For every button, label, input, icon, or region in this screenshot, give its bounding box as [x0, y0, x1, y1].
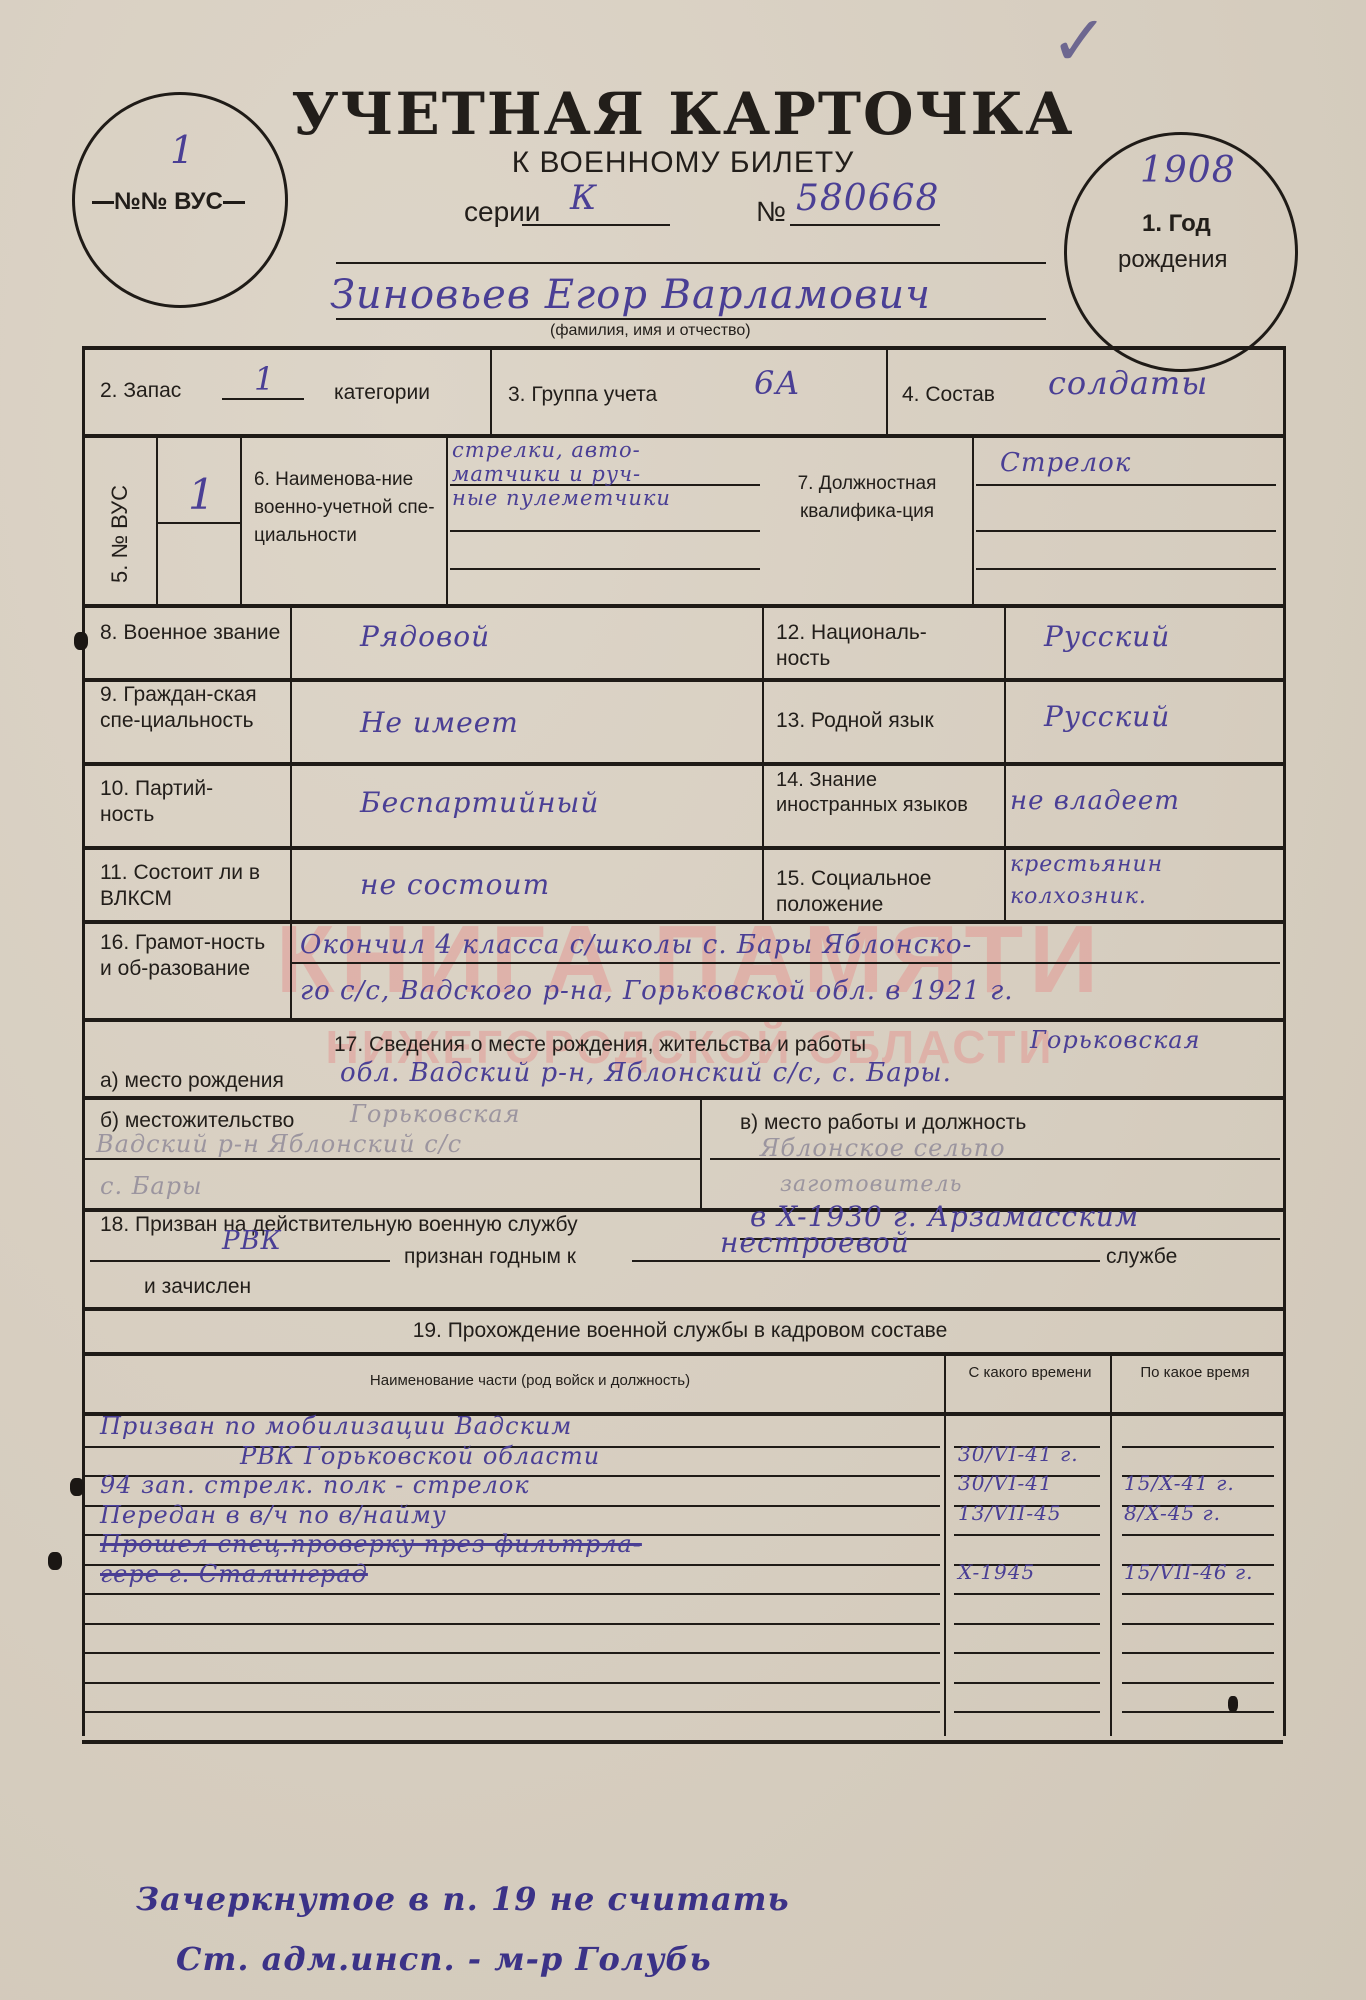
- specialty-line-3: ные пулеметчики: [452, 486, 671, 510]
- service-row-unit: Передан в в/ч по в/найму: [100, 1501, 447, 1529]
- field-party-label: 10. Партий-ность: [100, 776, 250, 828]
- field-nationality-value: Русский: [1044, 620, 1170, 653]
- service-row-from: 13/VII-45: [958, 1501, 1062, 1525]
- group-value: 6А: [754, 364, 801, 402]
- field-native-language-value: Русский: [1044, 700, 1170, 733]
- education-line-1: Окончил 4 класса с/школы с. Бары Яблонск…: [300, 930, 972, 960]
- service-row-unit: 94 зап. стрелк. полк - стрелок: [100, 1471, 530, 1499]
- fit-for-label: признан годным к: [404, 1244, 576, 1270]
- number-label: №: [756, 196, 786, 228]
- reserve-suffix: категории: [334, 380, 430, 406]
- punch-hole: [70, 1478, 84, 1496]
- field-rank-label: 8. Военное звание: [100, 620, 284, 646]
- check-mark: ✓: [1050, 0, 1110, 82]
- field-nationality-label: 12. Националь-ность: [776, 620, 976, 672]
- footer-note-line-1: Зачеркнутое в п. 19 не считать: [136, 1880, 790, 1918]
- service-col-from: С какого времени: [960, 1364, 1100, 1382]
- education-label: 16. Грамот-ность и об-разование: [100, 930, 276, 982]
- service-row-unit: РВК Горьковской области: [240, 1442, 600, 1470]
- service-row-unit: Прошел спец.проверку през фильтрла-: [100, 1530, 642, 1558]
- field-civil-specialty-label: 9. Граждан-ская спе-циальность: [100, 682, 288, 734]
- field-komsomol-label: 11. Состоит ли в ВЛКСМ: [100, 860, 290, 912]
- birthplace-section-title: 17. Сведения о месте рождения, жительств…: [334, 1032, 866, 1058]
- workplace-line-1: Яблонское сельпо: [760, 1134, 1006, 1162]
- punch-hole: [48, 1552, 62, 1570]
- service-row-from: 30/VI-41: [958, 1471, 1053, 1495]
- punch-hole: [74, 632, 88, 650]
- service-row-to: 15/X-41 г.: [1124, 1471, 1235, 1495]
- residence-line-1: Горьковская: [350, 1100, 521, 1128]
- qualification-label: 7. Должностная квалифика-ция: [764, 470, 970, 526]
- field-native-language-label: 13. Родной язык: [776, 708, 996, 734]
- service-row-to: 15/VII-46 г.: [1124, 1560, 1253, 1584]
- service-row-from: 30/VI-41 г.: [958, 1442, 1079, 1466]
- qualification-value: Стрелок: [1000, 448, 1131, 478]
- document-subtitle: К ВОЕННОМУ БИЛЕТУ: [0, 146, 1366, 180]
- birthplace-a-line-1: Горьковская: [1030, 1026, 1201, 1054]
- staff-label: 4. Состав: [902, 382, 995, 408]
- vus-number-value: 1: [188, 470, 216, 519]
- birth-year-label-1: 1. Год: [1142, 210, 1211, 238]
- birthplace-a-label: а) место рождения: [100, 1068, 284, 1094]
- field-rank-value: Рядовой: [360, 620, 490, 653]
- enlisted-label: и зачислен: [144, 1274, 251, 1300]
- full-name: Зиновьев Егор Варламович: [330, 272, 931, 318]
- service-suffix: службе: [1106, 1244, 1177, 1270]
- name-bottom-line: [336, 318, 1046, 320]
- vus-label-text: №№ ВУС: [114, 188, 223, 215]
- staff-value: солдаты: [1048, 364, 1208, 402]
- field-social-status-label: 15. Социальное положение: [776, 866, 976, 918]
- series-value: К: [570, 178, 597, 218]
- vus-circle-label: №№ ВУС: [92, 188, 245, 216]
- field-civil-specialty-value: Не имеет: [360, 706, 519, 739]
- service-row-unit: гере г. Сталинград: [100, 1560, 368, 1588]
- conscription-label: 18. Призван на действительную военную сл…: [100, 1212, 578, 1238]
- service-col-to: По какое время: [1120, 1364, 1270, 1382]
- service-row-from: X-1945: [958, 1560, 1035, 1584]
- workplace-label: в) место работы и должность: [740, 1110, 1026, 1136]
- full-name-caption: (фамилия, имя и отчество): [550, 322, 751, 340]
- footer-note-line-2: Ст. адм.инсп. - м-р Голубь: [176, 1940, 712, 1978]
- education-line-2: го с/с, Вадского р-на, Горьковской обл. …: [300, 976, 1014, 1006]
- field-party-value: Беспартийный: [360, 786, 599, 819]
- field-social-status-line-1: крестьянин: [1010, 852, 1163, 877]
- specialty-label: 6. Наименова-ние военно-учетной спе-циал…: [254, 466, 444, 550]
- number-value: 580668: [796, 178, 939, 219]
- field-foreign-languages-label: 14. Знание иностранных языков: [776, 768, 986, 818]
- field-foreign-languages-value: не владеет: [1010, 786, 1180, 816]
- workplace-line-2: заготовитель: [780, 1172, 962, 1197]
- field-social-status-line-2: колхозник.: [1010, 884, 1147, 909]
- reserve-label: 2. Запас: [100, 378, 181, 404]
- conscription-rvk-value: РВК: [222, 1226, 282, 1256]
- group-label: 3. Группа учета: [508, 382, 657, 408]
- vus-number-label: 5. № ВУС: [107, 463, 133, 583]
- birth-year-label-2: рождения: [1118, 246, 1228, 274]
- fit-for-value: нестроевой: [720, 1226, 910, 1259]
- residence-line-2: Вадский р-н Яблонский с/с: [96, 1130, 462, 1158]
- reserve-value: 1: [254, 360, 275, 398]
- service-col-unit: Наименование части (род войск и должност…: [140, 1372, 920, 1390]
- service-section-title: 19. Прохождение военной службы в кадрово…: [330, 1318, 1030, 1344]
- residence-line-3: с. Бары: [100, 1172, 203, 1200]
- service-row-to: 8/X-45 г.: [1124, 1501, 1221, 1525]
- birthplace-a-line-2: обл. Вадский р-н, Яблонский с/с, с. Бары…: [340, 1058, 952, 1088]
- document-title: УЧЕТНАЯ КАРТОЧКА: [0, 80, 1366, 148]
- specialty-line-2: матчики и руч-: [452, 462, 641, 486]
- service-row-unit: Призван по мобилизации Вадским: [100, 1412, 572, 1440]
- punch-hole: [1228, 1696, 1238, 1712]
- specialty-line-1: стрелки, авто-: [452, 438, 641, 462]
- field-komsomol-value: не состоит: [360, 868, 550, 901]
- name-top-line: [336, 262, 1046, 264]
